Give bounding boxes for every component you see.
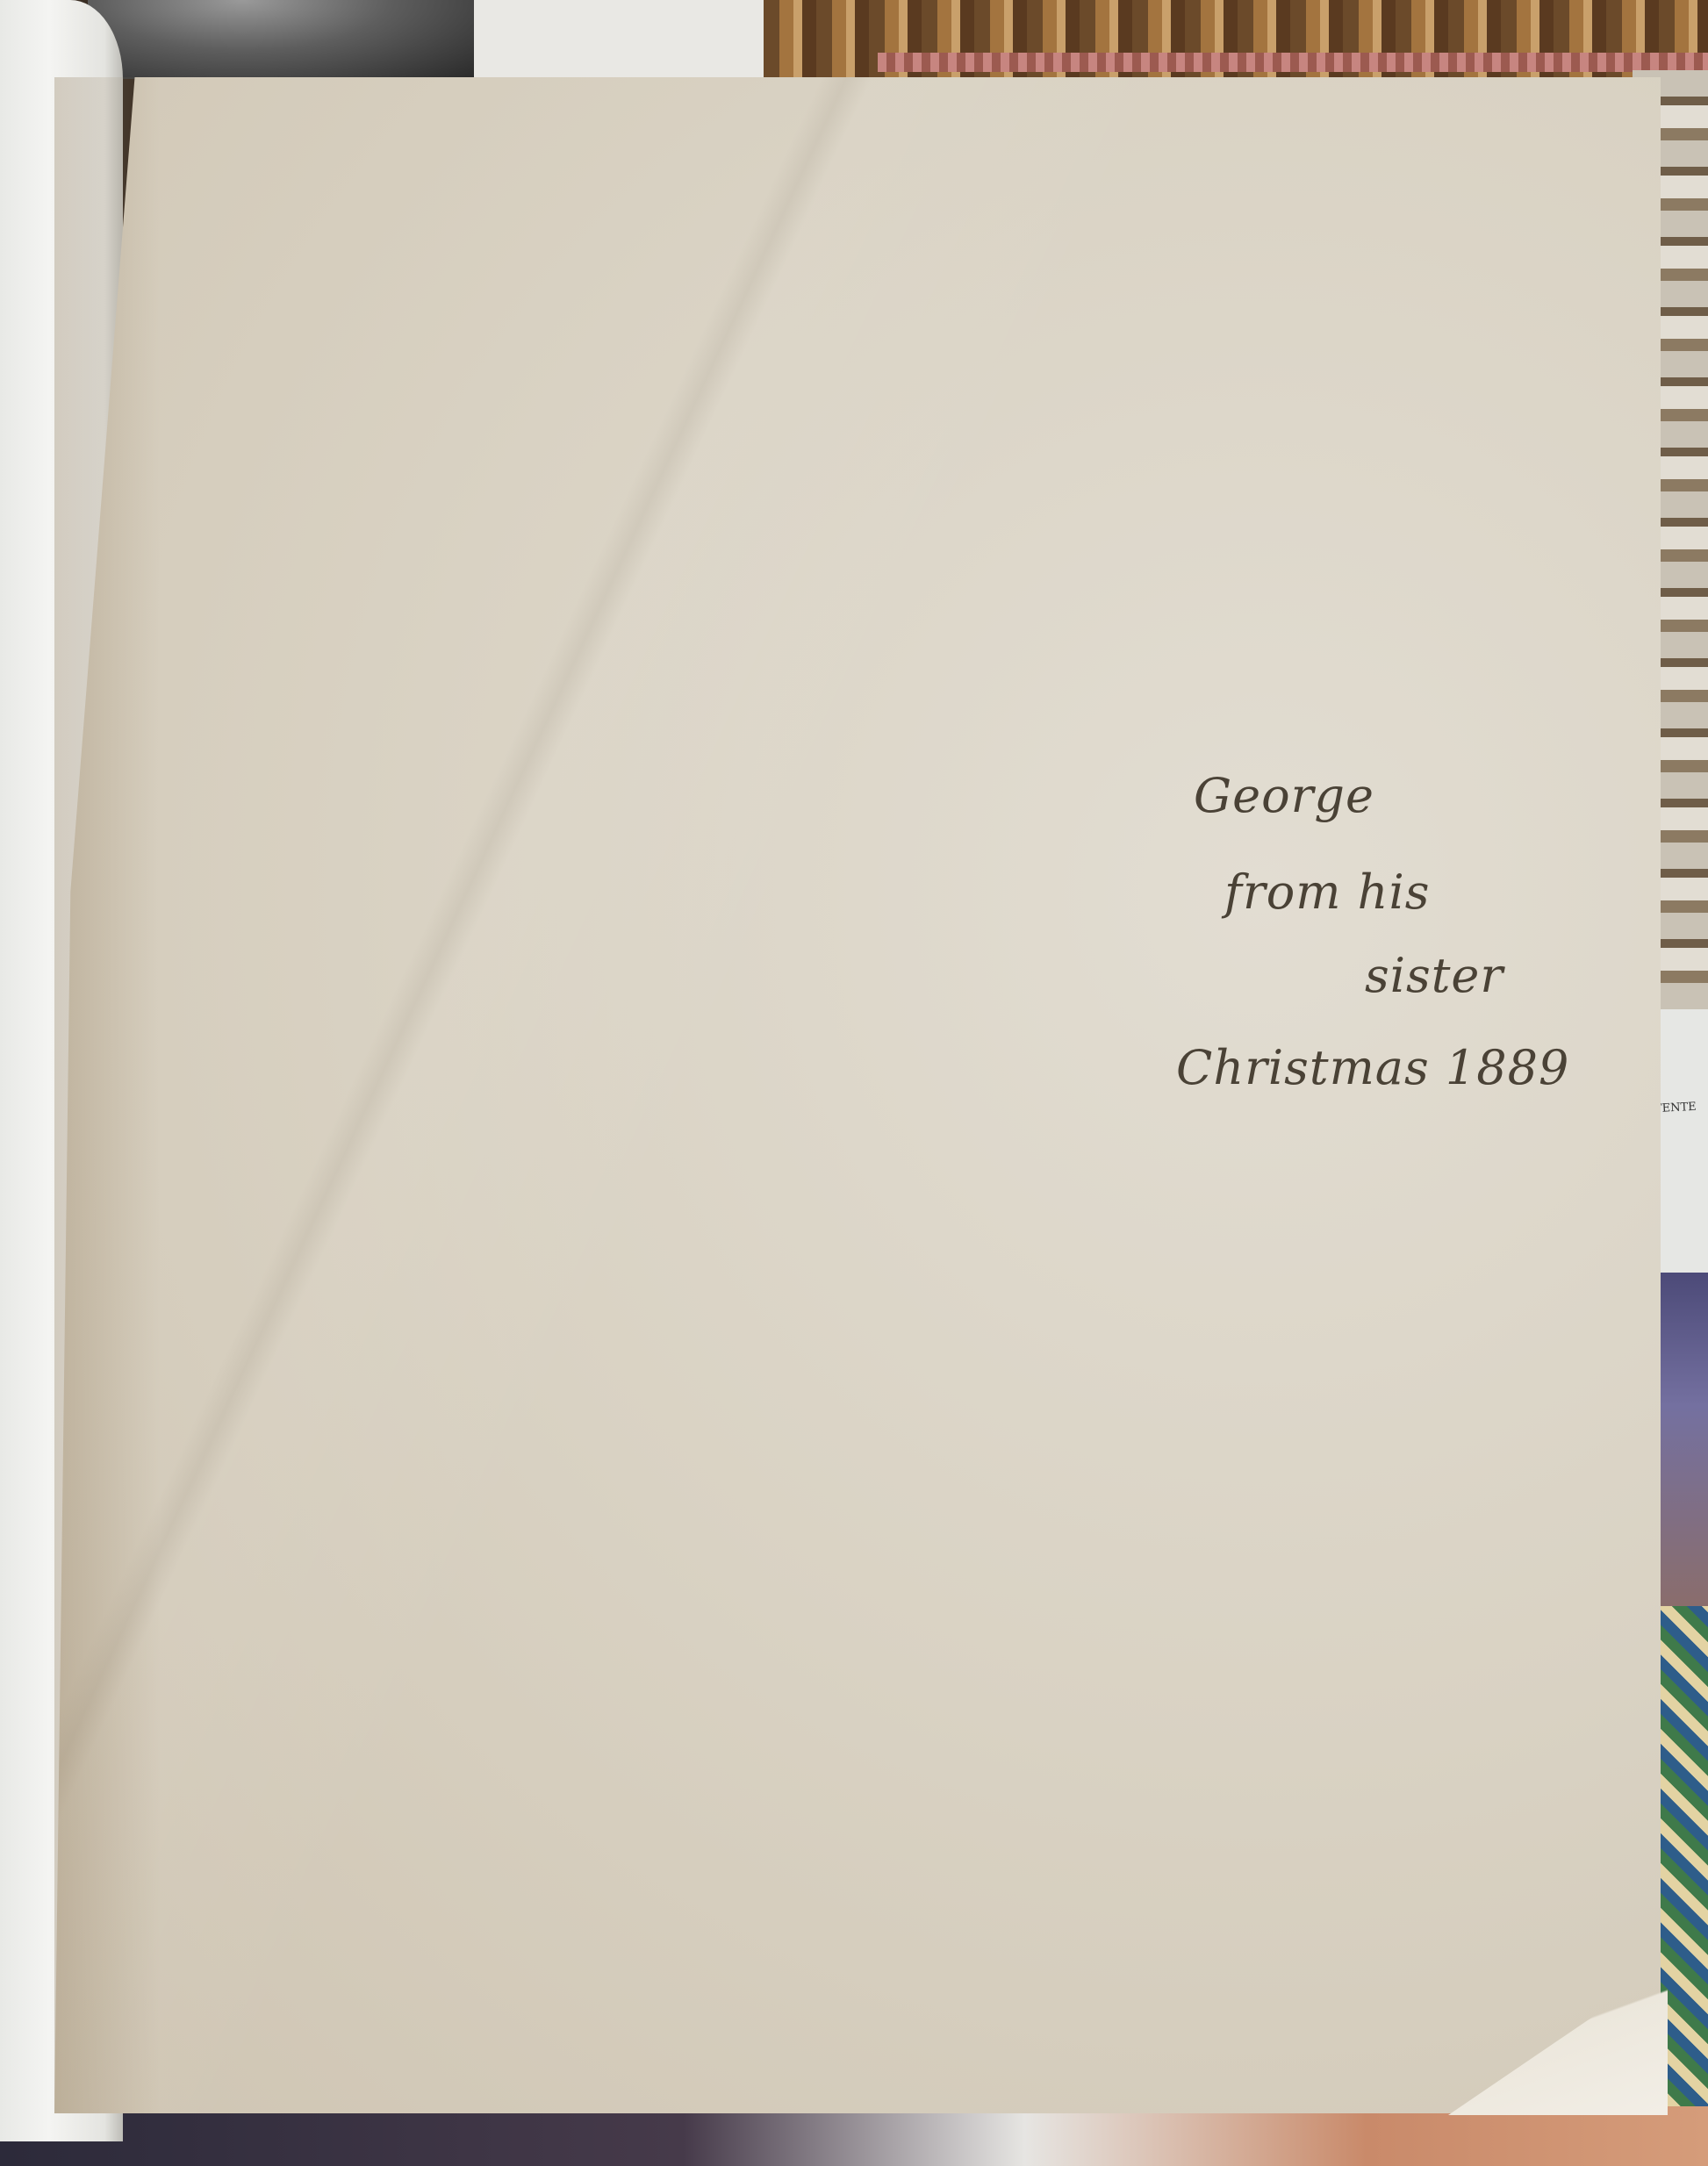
inscription-line-date: Christmas 1889	[1176, 1044, 1569, 1092]
inscription-line-name: George	[1194, 772, 1374, 820]
background-paper-top	[474, 0, 764, 79]
inscription-line-from: from his	[1224, 869, 1430, 916]
inscription-line-sister: sister	[1365, 952, 1503, 1000]
background-ornamental-print-top	[764, 0, 1708, 88]
background-bottom-edge	[0, 2106, 1708, 2166]
handwritten-inscription: George from his sister Christmas 1889	[1159, 755, 1650, 1123]
background-print-top-left	[88, 0, 474, 79]
